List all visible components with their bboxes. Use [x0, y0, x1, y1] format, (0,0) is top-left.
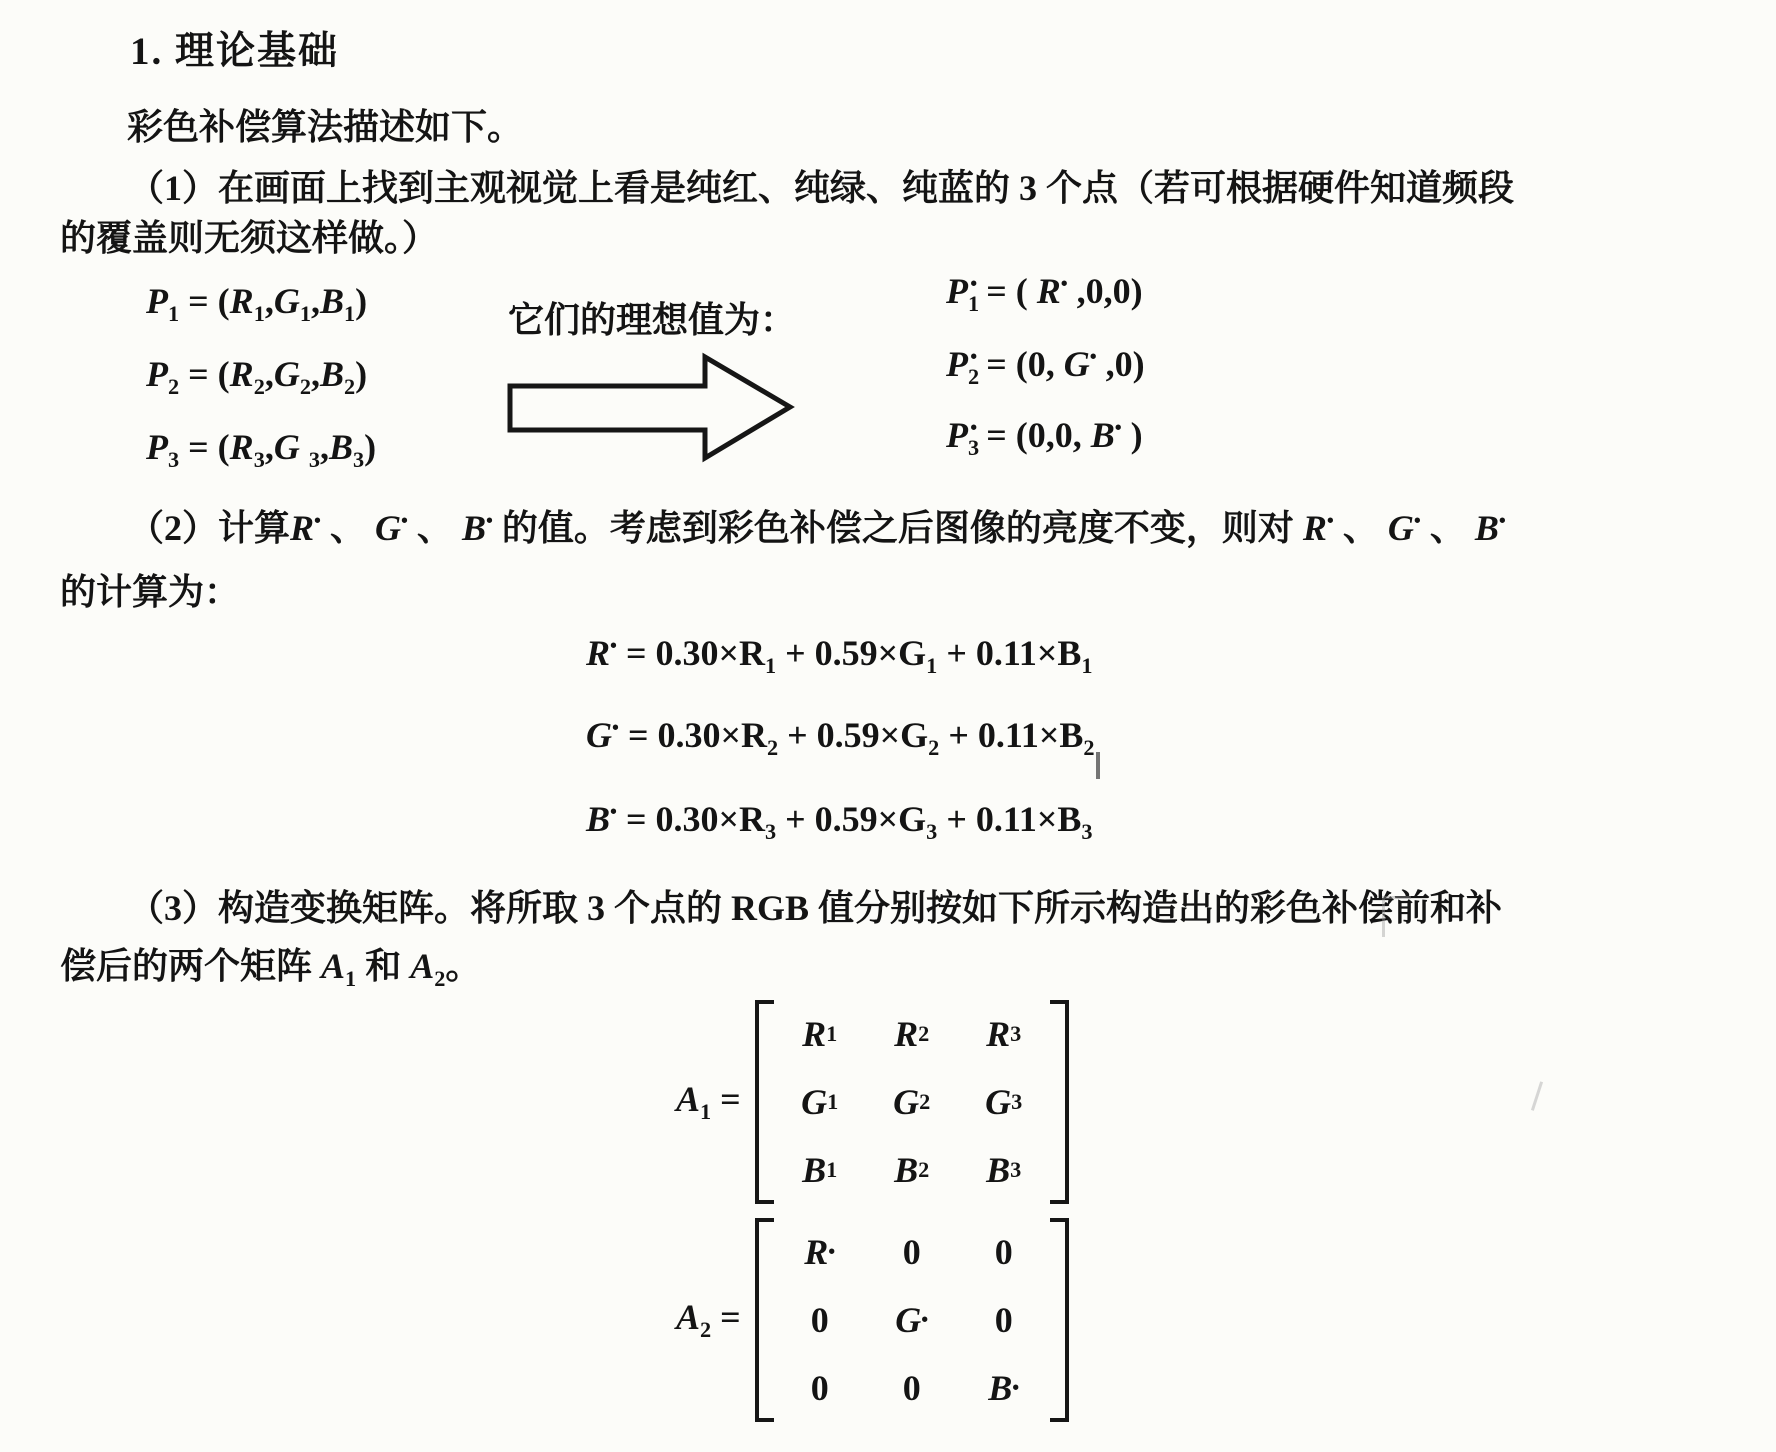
scan-artifact — [1382, 896, 1411, 937]
scan-artifact — [1512, 1075, 1543, 1111]
matrix-cell: B3 — [958, 1136, 1050, 1204]
matrix-a1-label: A1 = — [676, 1078, 741, 1125]
matrix-a2: A2 = R•000G•000B• — [676, 1218, 1069, 1422]
point-eq-p2: P2 = (R2,G2,B2) — [146, 353, 367, 400]
scan-artifact — [1096, 752, 1100, 779]
step2-line2: 的计算为： — [60, 564, 240, 615]
right-arrow-icon — [502, 347, 798, 465]
matrix-cell: G• — [866, 1286, 958, 1354]
formula-r: R• = 0.30×R1 + 0.59×G1 + 0.11×B1 — [586, 632, 1093, 679]
matrix-cell: R3 — [958, 1000, 1050, 1068]
point-eq-p3-ideal: P3• = (0,0, B• ) — [946, 414, 1143, 461]
step3-line1: （3）构造变换矩阵。将所取 3 个点的 RGB 值分别按如下所示构造出的彩色补偿… — [128, 880, 1502, 931]
section-heading: 1. 理论基础 — [130, 20, 339, 76]
matrix-cell: 0 — [774, 1286, 866, 1354]
intro-paragraph: 彩色补偿算法描述如下。 — [127, 99, 523, 150]
matrix-a1-grid: R1R2R3G1G2G3B1B2B3 — [774, 1000, 1050, 1204]
matrix-cell: B2 — [866, 1136, 958, 1204]
matrix-left-bracket — [755, 1218, 774, 1422]
matrix-cell: 0 — [866, 1354, 958, 1422]
point-eq-p1: P1 = (R1,G1,B1) — [146, 280, 367, 327]
step1-line2: 的覆盖则无须这样做。） — [60, 210, 438, 261]
point-eq-p3: P3 = (R3,G 3,B3) — [146, 426, 376, 473]
matrix-cell: 0 — [958, 1286, 1050, 1354]
matrix-cell: 0 — [866, 1218, 958, 1286]
step2-line1: （2）计算R• 、 G• 、 B• 的值。考虑到彩色补偿之后图像的亮度不变，则对… — [128, 500, 1506, 551]
formula-g: G• = 0.30×R2 + 0.59×G2 + 0.11×B2 — [586, 714, 1095, 761]
step1-line1: （1）在画面上找到主观视觉上看是纯红、纯绿、纯蓝的 3 个点（若可根据硬件知道频… — [128, 160, 1514, 211]
matrix-a2-grid: R•000G•000B• — [774, 1218, 1050, 1422]
matrix-cell: 0 — [774, 1354, 866, 1422]
matrix-cell: G1 — [774, 1068, 866, 1136]
point-eq-p1-ideal: P1• = ( R• ,0,0) — [946, 270, 1143, 317]
matrix-a1: A1 = R1R2R3G1G2G3B1B2B3 — [676, 1000, 1069, 1204]
step3-line2: 偿后的两个矩阵 A1 和 A2。 — [60, 938, 481, 992]
matrix-cell: 0 — [958, 1218, 1050, 1286]
matrix-cell: B1 — [774, 1136, 866, 1204]
formula-b: B• = 0.30×R3 + 0.59×G3 + 0.11×B3 — [586, 798, 1093, 845]
matrix-a2-label: A2 = — [676, 1296, 741, 1343]
matrix-cell: R2 — [866, 1000, 958, 1068]
matrix-right-bracket — [1050, 1000, 1069, 1204]
matrix-cell: R• — [774, 1218, 866, 1286]
matrix-cell: R1 — [774, 1000, 866, 1068]
matrix-right-bracket — [1050, 1218, 1069, 1422]
matrix-cell: G2 — [866, 1068, 958, 1136]
matrix-left-bracket — [755, 1000, 774, 1204]
document-page: 1. 理论基础 彩色补偿算法描述如下。 （1）在画面上找到主观视觉上看是纯红、纯… — [0, 0, 1776, 1452]
matrix-cell: B• — [958, 1354, 1050, 1422]
point-eq-p2-ideal: P2• = (0, G• ,0) — [946, 343, 1145, 390]
ideal-values-label: 它们的理想值为： — [508, 292, 796, 343]
matrix-cell: G3 — [958, 1068, 1050, 1136]
